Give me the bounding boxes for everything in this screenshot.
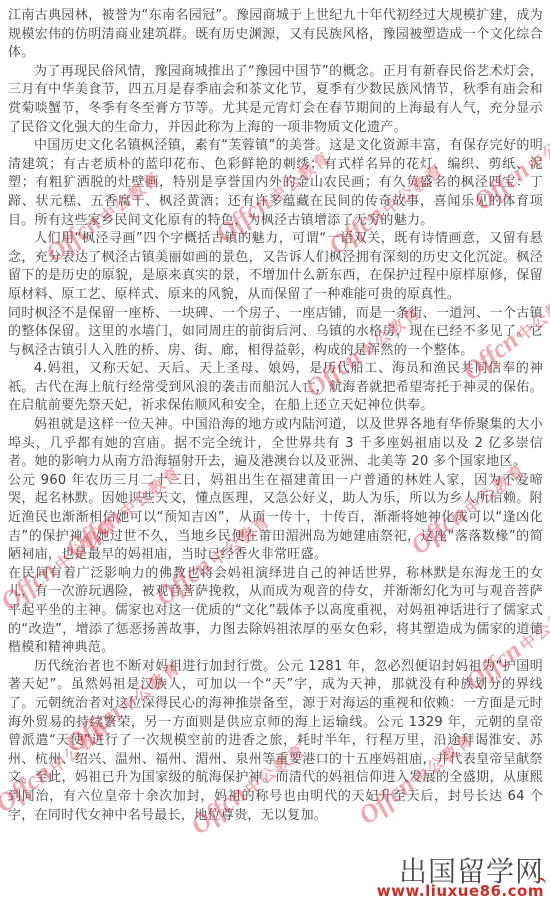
paragraph: 中国历史文化名镇枫泾镇，素有“芙蓉镇”的美誉。这是文化资源丰富，有保存完好的明清… — [8, 137, 543, 230]
paragraph: 4.妈祖，又称天妃、天后、天上圣母、娘妈，是历代船工、海员和渔民共同信奉的神祇。… — [8, 360, 543, 416]
paragraph: 在民间有着广泛影响力的佛教也将会妈祖演绎进自己的神话世界，称林默是东海龙王的女儿… — [8, 565, 543, 658]
paragraph: 人们用“枫泾寻画”四个字概括古镇的魅力，可谓“一语双关，既有诗情画意，又留有悬念… — [8, 230, 543, 304]
site-url-text: www.liuxue86.com — [377, 882, 544, 900]
document-page: 江南古典园林，被誉为“东南名园冠”。豫园商城于上世纪九十年代初经过大规模扩建，成… — [0, 0, 550, 906]
paragraph: 为了再现民俗风情，豫园商城推出了“豫园中国节”的概念。正月有新春民俗艺术灯会，三… — [8, 63, 543, 137]
paragraph: 公元 960 年农历三月二十三日，妈祖出生在福建莆田一户普通的林姓人家，因为不爱… — [8, 472, 543, 565]
site-logo: 出国留学网 www.liuxue86.com — [377, 857, 544, 900]
paragraph: 同时枫泾不是保留一座桥、一块碑、一个房子、一座店铺，而是一条街、一道河、一个古镇… — [8, 305, 543, 361]
paragraph: 妈祖就是这样一位天神。中国沿海的地方或内陆河道，以及世界各地有华侨聚集的大小埠头… — [8, 416, 543, 472]
paragraph: 历代统治者也不断对妈祖进行加封行赏。公元 1281 年，忽必烈便诏封妈祖为“护国… — [8, 658, 543, 825]
document-body: 江南古典园林，被誉为“东南名园冠”。豫园商城于上世纪九十年代初经过大规模扩建，成… — [8, 7, 543, 825]
site-url: www.liuxue86.com — [377, 882, 544, 900]
paragraph: 江南古典园林，被誉为“东南名园冠”。豫园商城于上世纪九十年代初经过大规模扩建，成… — [8, 7, 543, 63]
